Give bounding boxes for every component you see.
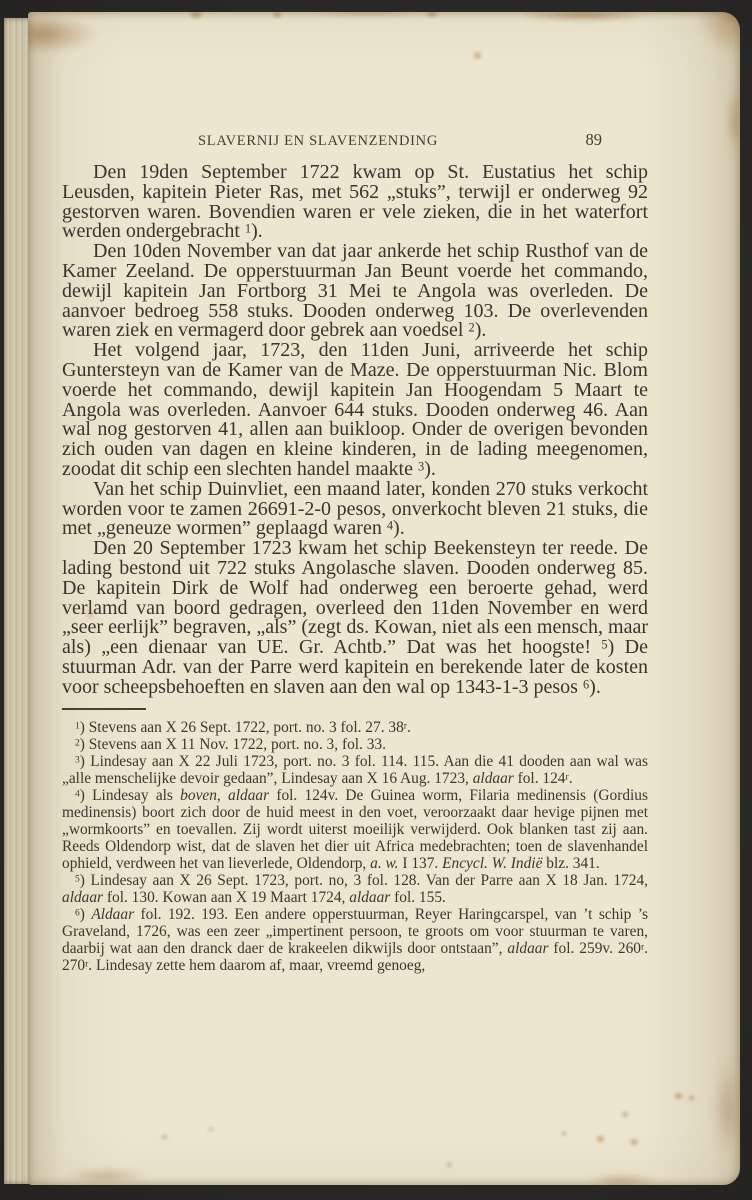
- paragraph: Den 10den November van dat jaar ankerde …: [62, 242, 648, 341]
- footnote: 5) Lindesay aan X 26 Sept. 1723, port. n…: [62, 872, 648, 906]
- stain: [673, 1091, 684, 1101]
- stain: [620, 1110, 630, 1119]
- stain: [308, 12, 428, 18]
- footnote: 4) Lindesay als boven, aldaar fol. 124v.…: [62, 787, 648, 872]
- footnotes-list: 1) Stevens aan X 26 Sept. 1722, port. no…: [62, 719, 648, 974]
- book-page: SLAVERNIJ EN SLAVENZENDING 89 Den 19den …: [28, 12, 740, 1185]
- running-header: SLAVERNIJ EN SLAVENZENDING 89: [62, 130, 648, 150]
- paragraph: Den 20 September 1723 kwam het schip Bee…: [62, 539, 648, 697]
- footnote: 3) Lindesay aan X 22 Juli 1723, port. no…: [62, 753, 648, 787]
- stain: [207, 1126, 215, 1133]
- stain: [472, 50, 483, 61]
- stain: [687, 1094, 696, 1102]
- stain: [444, 1160, 454, 1169]
- running-header-title: SLAVERNIJ EN SLAVENZENDING: [198, 133, 438, 150]
- stain: [271, 12, 283, 19]
- page-number: 89: [586, 130, 603, 150]
- stain: [160, 1133, 169, 1141]
- stain: [518, 12, 650, 22]
- stain: [28, 18, 98, 54]
- stain: [628, 1137, 640, 1147]
- body-text: Den 19den September 1722 kwam op St. Eus…: [62, 163, 648, 698]
- scanned-book-photo: SLAVERNIJ EN SLAVENZENDING 89 Den 19den …: [0, 0, 752, 1200]
- paragraph: Van het schip Duinvliet, een maand later…: [62, 480, 648, 539]
- footnote: 2) Stevens aan X 11 Nov. 1722, port. no.…: [62, 736, 648, 753]
- footnote: 1) Stevens aan X 26 Sept. 1722, port. no…: [62, 719, 648, 736]
- stain: [586, 1174, 658, 1185]
- stain: [424, 12, 440, 19]
- stain: [595, 1134, 606, 1144]
- paragraph: Den 19den September 1722 kwam op St. Eus…: [62, 163, 648, 242]
- stain: [64, 1168, 148, 1184]
- stain: [560, 1130, 568, 1137]
- stain: [726, 88, 740, 154]
- paragraph: Het volgend jaar, 1723, den 11den Juni, …: [62, 341, 648, 480]
- stain: [714, 1062, 740, 1156]
- footnote: 6) Aldaar fol. 192. 193. Een andere oppe…: [62, 906, 648, 974]
- stain: [188, 12, 204, 20]
- text-column: Den 19den September 1722 kwam op St. Eus…: [62, 163, 648, 974]
- stain: [694, 12, 740, 58]
- footnote-separator: [62, 708, 146, 710]
